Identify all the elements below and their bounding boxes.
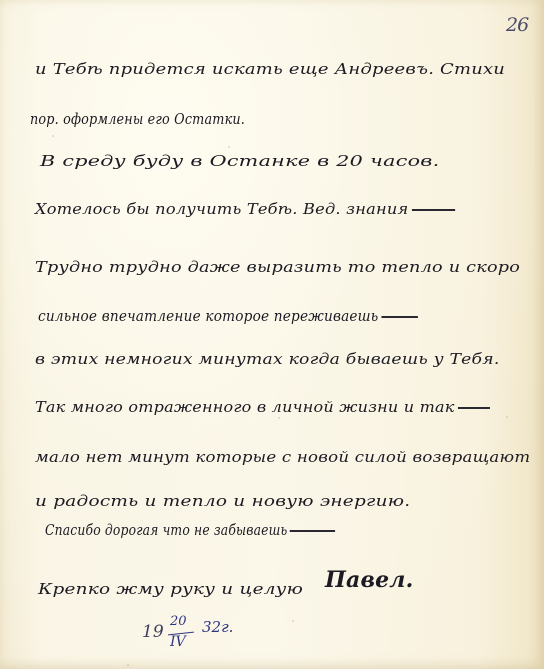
paper-speck [278, 417, 280, 419]
letter-line-5: Трудно трудно даже выразить то тепло и с… [35, 258, 520, 276]
letter-line-9: мало нет минут которые с новой силой воз… [35, 448, 530, 466]
paper-speck [127, 664, 129, 666]
letter-line-3: В среду буду в Останке в 20 часов. [40, 152, 439, 170]
date-month-top: 20 [170, 614, 187, 629]
line-text: мало нет минут которые с новой силой воз… [35, 448, 530, 466]
line-text: Хотелось бы получить Тебѣ. Вед. знания [35, 200, 408, 218]
line-text: Спасибо дорогая что не забываешь [45, 521, 287, 539]
letter-line-8: Так много отраженного в личной жизни и т… [35, 398, 490, 416]
line-end-dash [381, 316, 417, 317]
letter-line-2: пор. оформлены его Остатки. [30, 110, 245, 128]
line-text: сильное впечатление которое переживаешь [38, 307, 378, 325]
letter-line-10: и радость и тепло и новую энергию. [35, 492, 410, 510]
letter-line-6: сильное впечатление которое переживаешь [38, 307, 418, 325]
letter-line-11: Спасибо дорогая что не забываешь [45, 521, 335, 539]
line-end-dash [458, 407, 490, 408]
signature: Павел. [325, 567, 413, 593]
line-text: Так много отраженного в личной жизни и т… [35, 398, 455, 416]
paper-speck [506, 416, 508, 418]
letter-page: 26 и Тебѣ придется искать еще Андреевъ. … [0, 0, 544, 669]
letter-line-7: в этих немногих минутах когда бываешь у … [35, 350, 500, 368]
closing-text: Крепко жму руку и целую [38, 580, 303, 598]
line-text: и радость и тепло и новую энергию. [35, 492, 410, 510]
letter-closing: Крепко жму руку и целую [38, 580, 303, 598]
signature-text: Павел. [325, 567, 413, 593]
line-end-dash [290, 530, 335, 531]
letter-line-1: и Тебѣ придется искать еще Андреевъ. Сти… [35, 60, 505, 78]
paper-speck [228, 146, 230, 148]
line-text: в этих немногих минутах когда бываешь у … [35, 350, 500, 368]
paper-speck [52, 135, 54, 137]
date-annotation: 19 20 IV 32г. [140, 614, 260, 654]
line-text: Трудно трудно даже выразить то тепло и с… [35, 258, 520, 276]
date-year: 32г. [202, 618, 233, 636]
date-month-bottom: IV [170, 634, 186, 650]
line-text: В среду буду в Останке в 20 часов. [40, 152, 439, 170]
line-text: и Тебѣ придется искать еще Андреевъ. Сти… [35, 60, 505, 78]
date-day: 19 [142, 622, 164, 642]
letter-line-4: Хотелось бы получить Тебѣ. Вед. знания [35, 200, 455, 218]
line-end-dash [412, 209, 455, 210]
line-text: пор. оформлены его Остатки. [30, 110, 245, 128]
paper-speck [292, 620, 294, 622]
page-number: 26 [506, 14, 528, 36]
